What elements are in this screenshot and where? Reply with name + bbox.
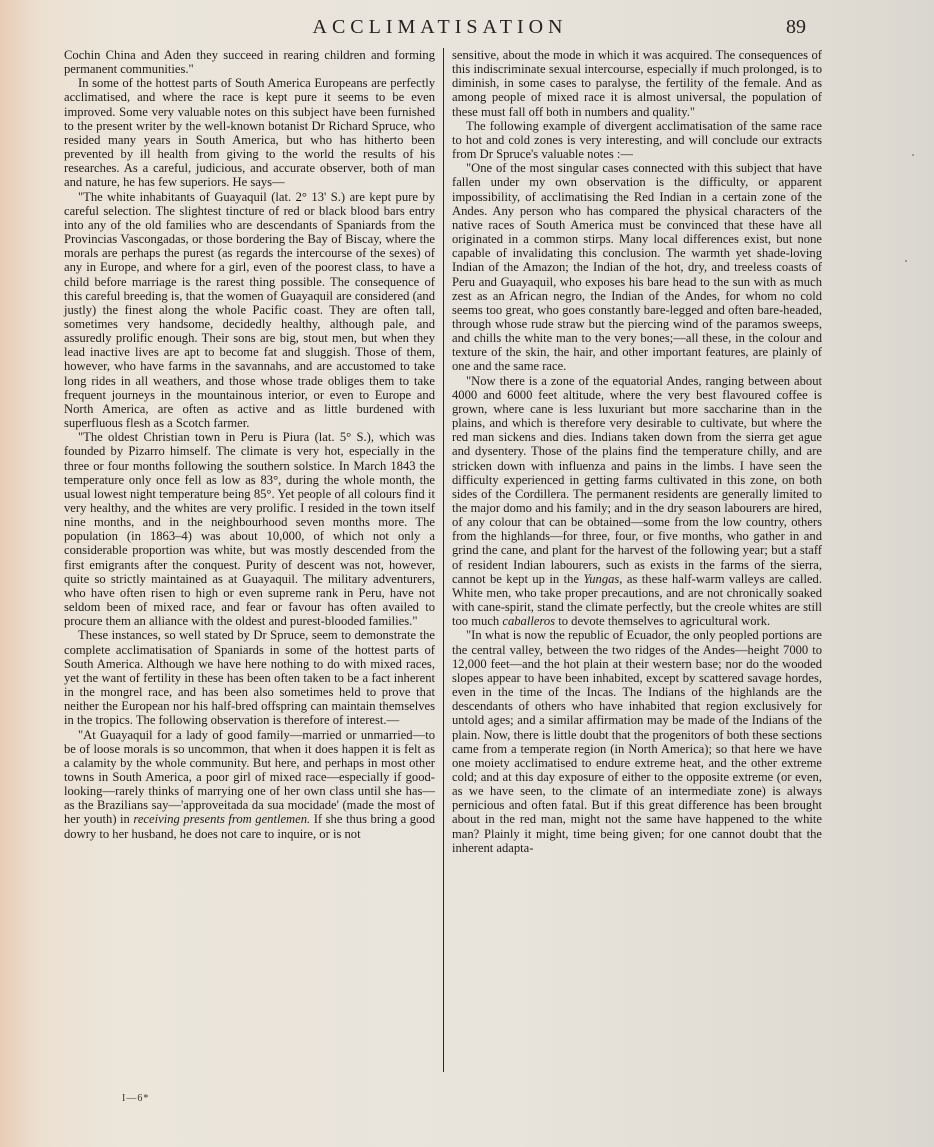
- italic-phrase: caballeros: [502, 614, 555, 628]
- text-run: to devote themselves to agricultural wor…: [555, 614, 770, 628]
- quote-paragraph-morals: "At Guayaquil for a lady of good family—…: [64, 728, 435, 841]
- paragraph-continued: Cochin China and Aden they succeed in re…: [64, 48, 435, 76]
- signature-mark: I—6*: [122, 1093, 149, 1104]
- page-number: 89: [786, 16, 806, 39]
- italic-phrase: receiving presents from gentlemen.: [133, 812, 310, 826]
- running-head: ACCLIMATISATION 89: [0, 14, 934, 40]
- italic-phrase: Yungas,: [583, 572, 622, 586]
- left-column: Cochin China and Aden they succeed in re…: [64, 48, 435, 841]
- paragraph: In some of the hottest parts of South Am…: [64, 76, 435, 189]
- paper-speck: [905, 260, 907, 262]
- right-column: sensitive, about the mode in which it wa…: [452, 48, 822, 855]
- quote-paragraph-red-indian: "One of the most singular cases connecte…: [452, 161, 822, 373]
- book-page: ACCLIMATISATION 89 Cochin China and Aden…: [0, 0, 934, 1147]
- quote-paragraph-equatorial-zone: "Now there is a zone of the equatorial A…: [452, 374, 822, 629]
- running-title: ACCLIMATISATION: [270, 16, 610, 39]
- quote-paragraph-guayaquil: "The white inhabitants of Guayaquil (lat…: [64, 190, 435, 431]
- column-divider: [443, 48, 444, 1072]
- paper-speck: [912, 154, 914, 156]
- paragraph-instances: These instances, so well stated by Dr Sp…: [64, 628, 435, 727]
- quote-paragraph-ecuador: "In what is now the republic of Ecuador,…: [452, 628, 822, 855]
- quote-paragraph-piura: "The oldest Christian town in Peru is Pi…: [64, 430, 435, 628]
- paragraph-divergent: The following example of divergent accli…: [452, 119, 822, 161]
- text-run: "Now there is a zone of the equatorial A…: [452, 374, 822, 586]
- paragraph-continued: sensitive, about the mode in which it wa…: [452, 48, 822, 119]
